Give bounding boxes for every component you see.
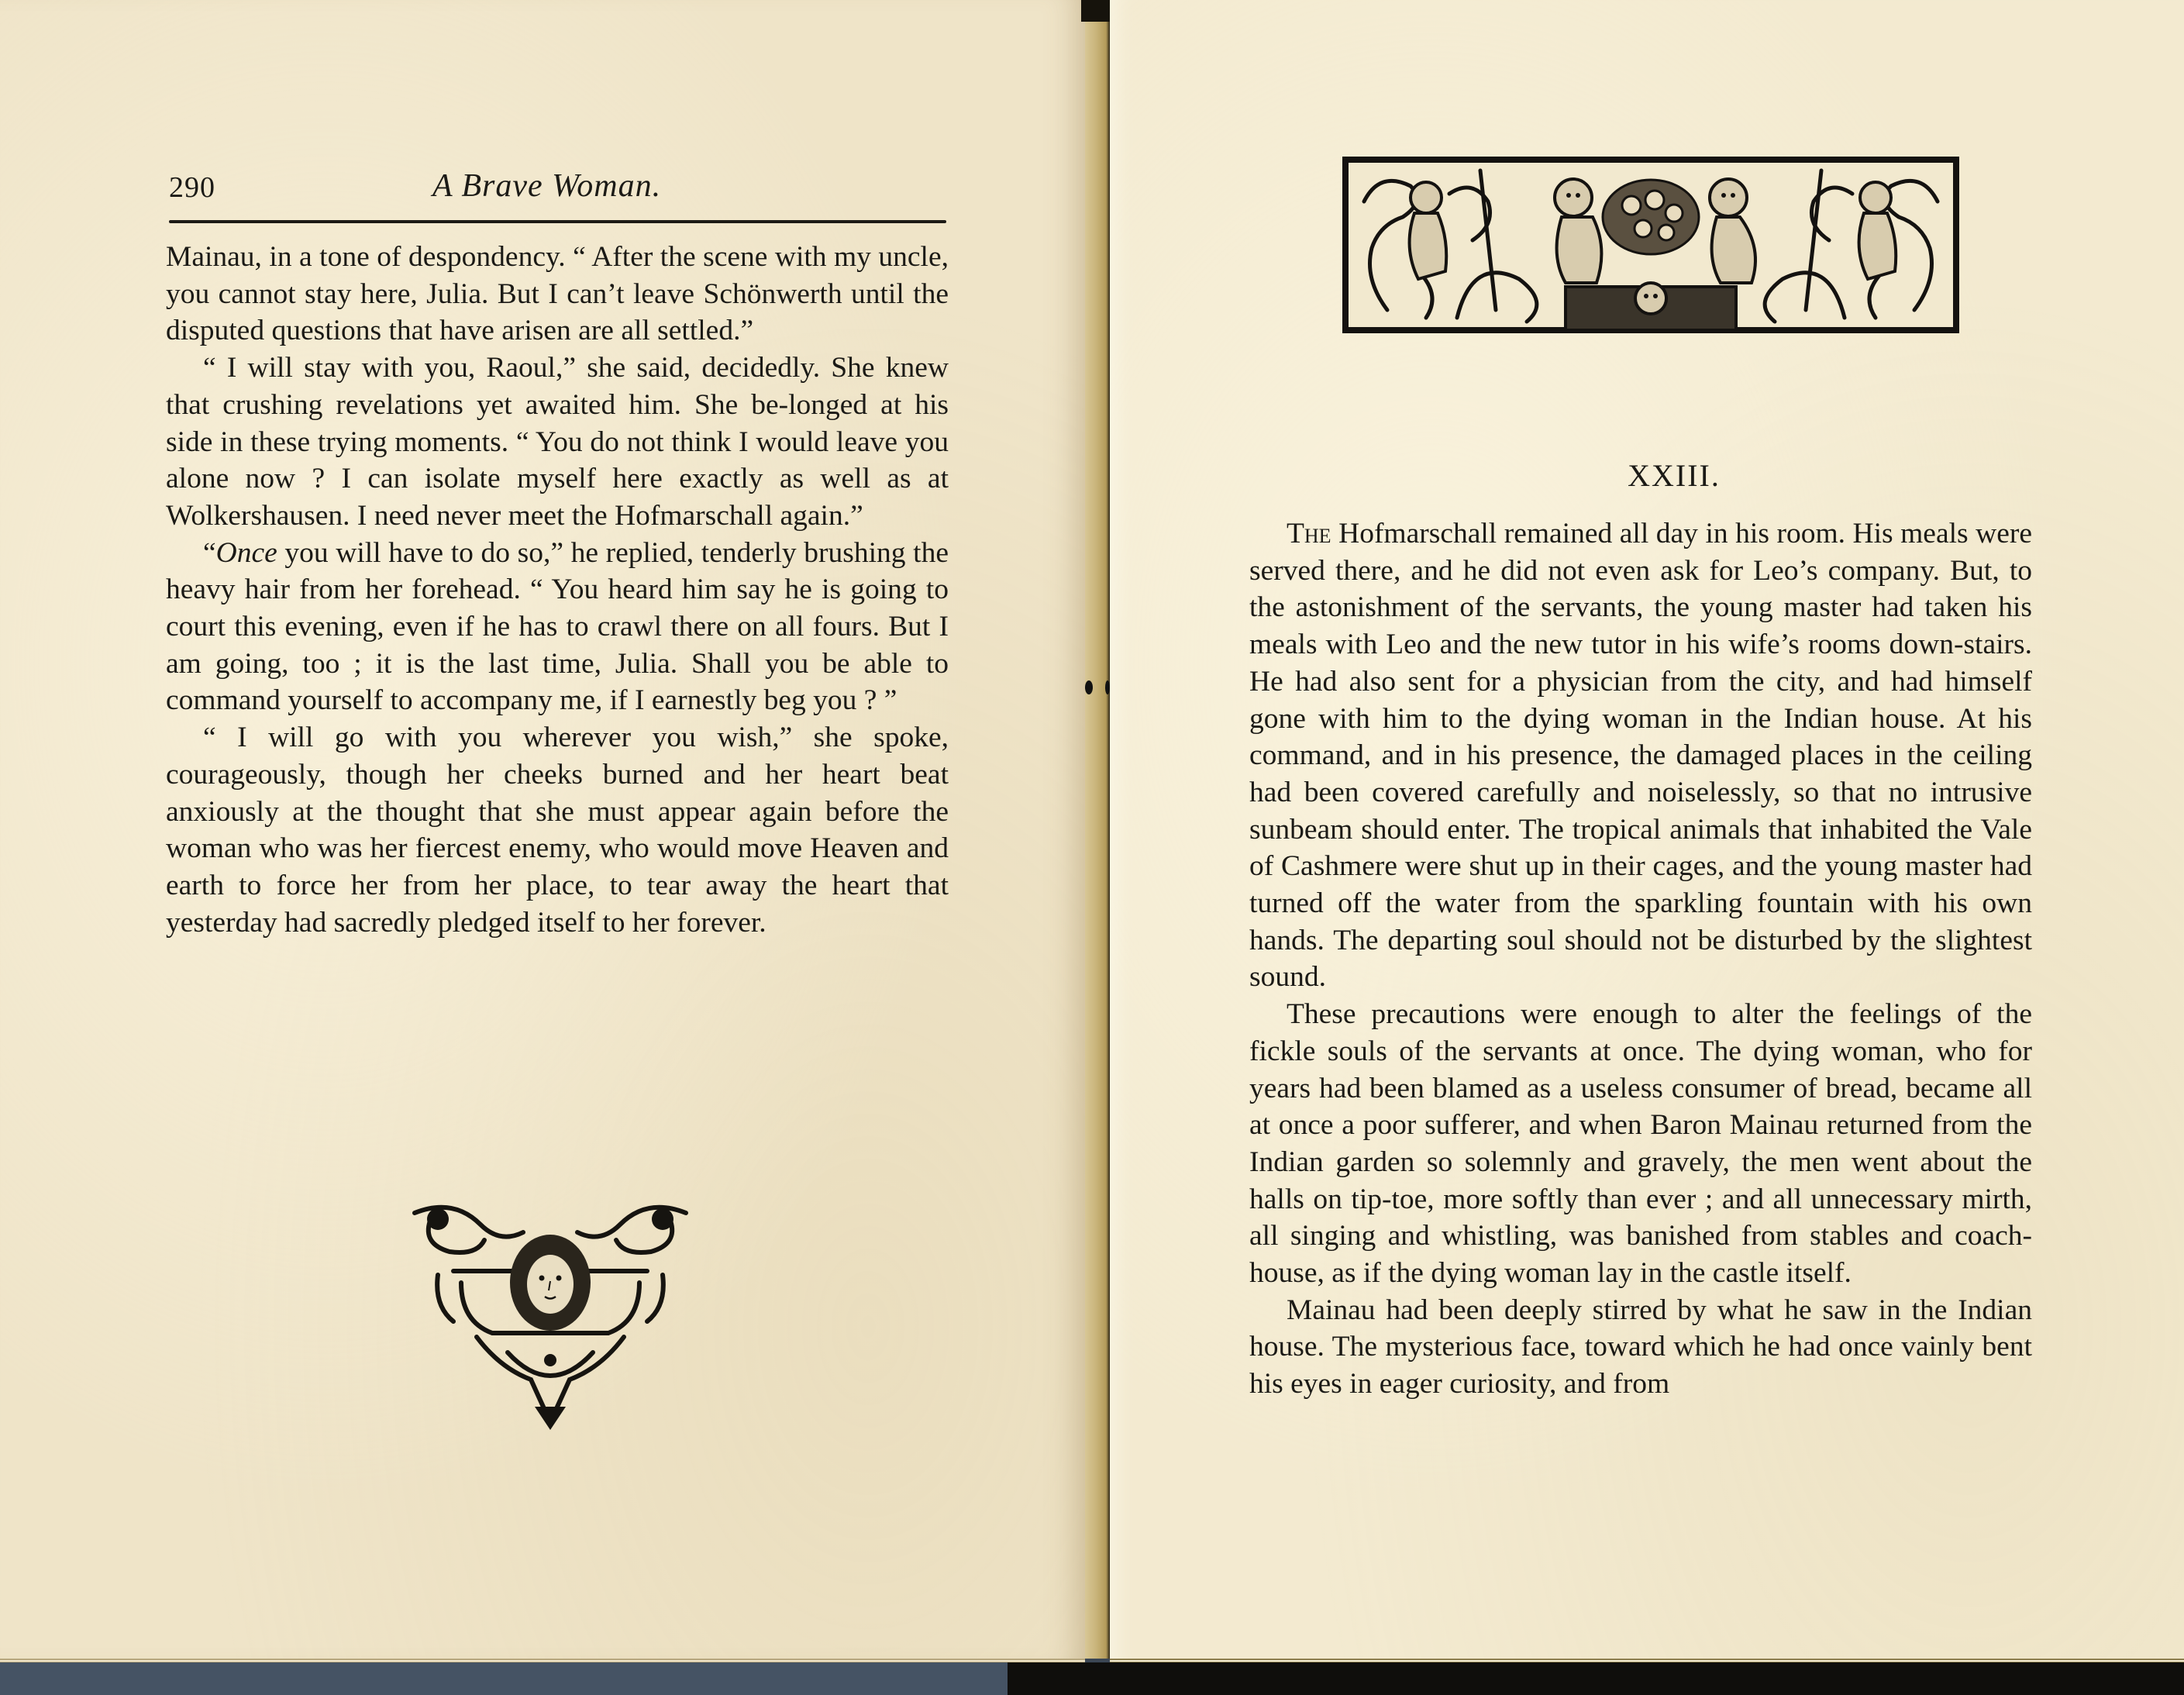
tailpiece-ornament-icon	[407, 1197, 694, 1430]
running-title: A Brave Woman.	[432, 167, 661, 205]
italic-lead-word: Once	[216, 537, 277, 569]
paragraph: These precautions were enough to alter t…	[1249, 996, 2032, 1292]
small-caps-lead-word: The	[1287, 518, 1331, 549]
paragraph: “ I will go with you wherever you wish,”…	[166, 719, 949, 941]
paragraph: Mainau had been deeply stirred by what h…	[1249, 1292, 2032, 1403]
running-header: 290 A Brave Woman.	[169, 164, 944, 211]
paragraph: Mainau, in a tone of despondency. “ Afte…	[166, 239, 949, 350]
left-page-body: Mainau, in a tone of despondency. “ Afte…	[166, 239, 949, 941]
paragraph: “Once you will have to do so,” he replie…	[166, 535, 949, 720]
header-rule	[169, 220, 946, 223]
right-page-body: The Hofmarschall remained all day in his…	[1249, 515, 2032, 1403]
book-spread: 290 A Brave Woman. Mainau, in a tone of …	[0, 0, 2184, 1662]
headpiece-ornament-icon	[1341, 155, 1961, 335]
binding-stitch	[1085, 680, 1093, 694]
paragraph-text: Hofmarschall remained all day in his roo…	[1249, 518, 2032, 993]
paragraph: “ I will stay with you, Raoul,” she said…	[166, 350, 949, 535]
paragraph-text: you will have to do so,” he replied, ten…	[166, 537, 949, 717]
chapter-number: XXIII.	[1550, 457, 1798, 494]
quote-open: “	[203, 537, 216, 569]
page-number: 290	[169, 171, 215, 205]
paragraph: The Hofmarschall remained all day in his…	[1249, 515, 2032, 996]
book-gutter	[1085, 8, 1110, 1659]
scan-background	[0, 1662, 1008, 1695]
